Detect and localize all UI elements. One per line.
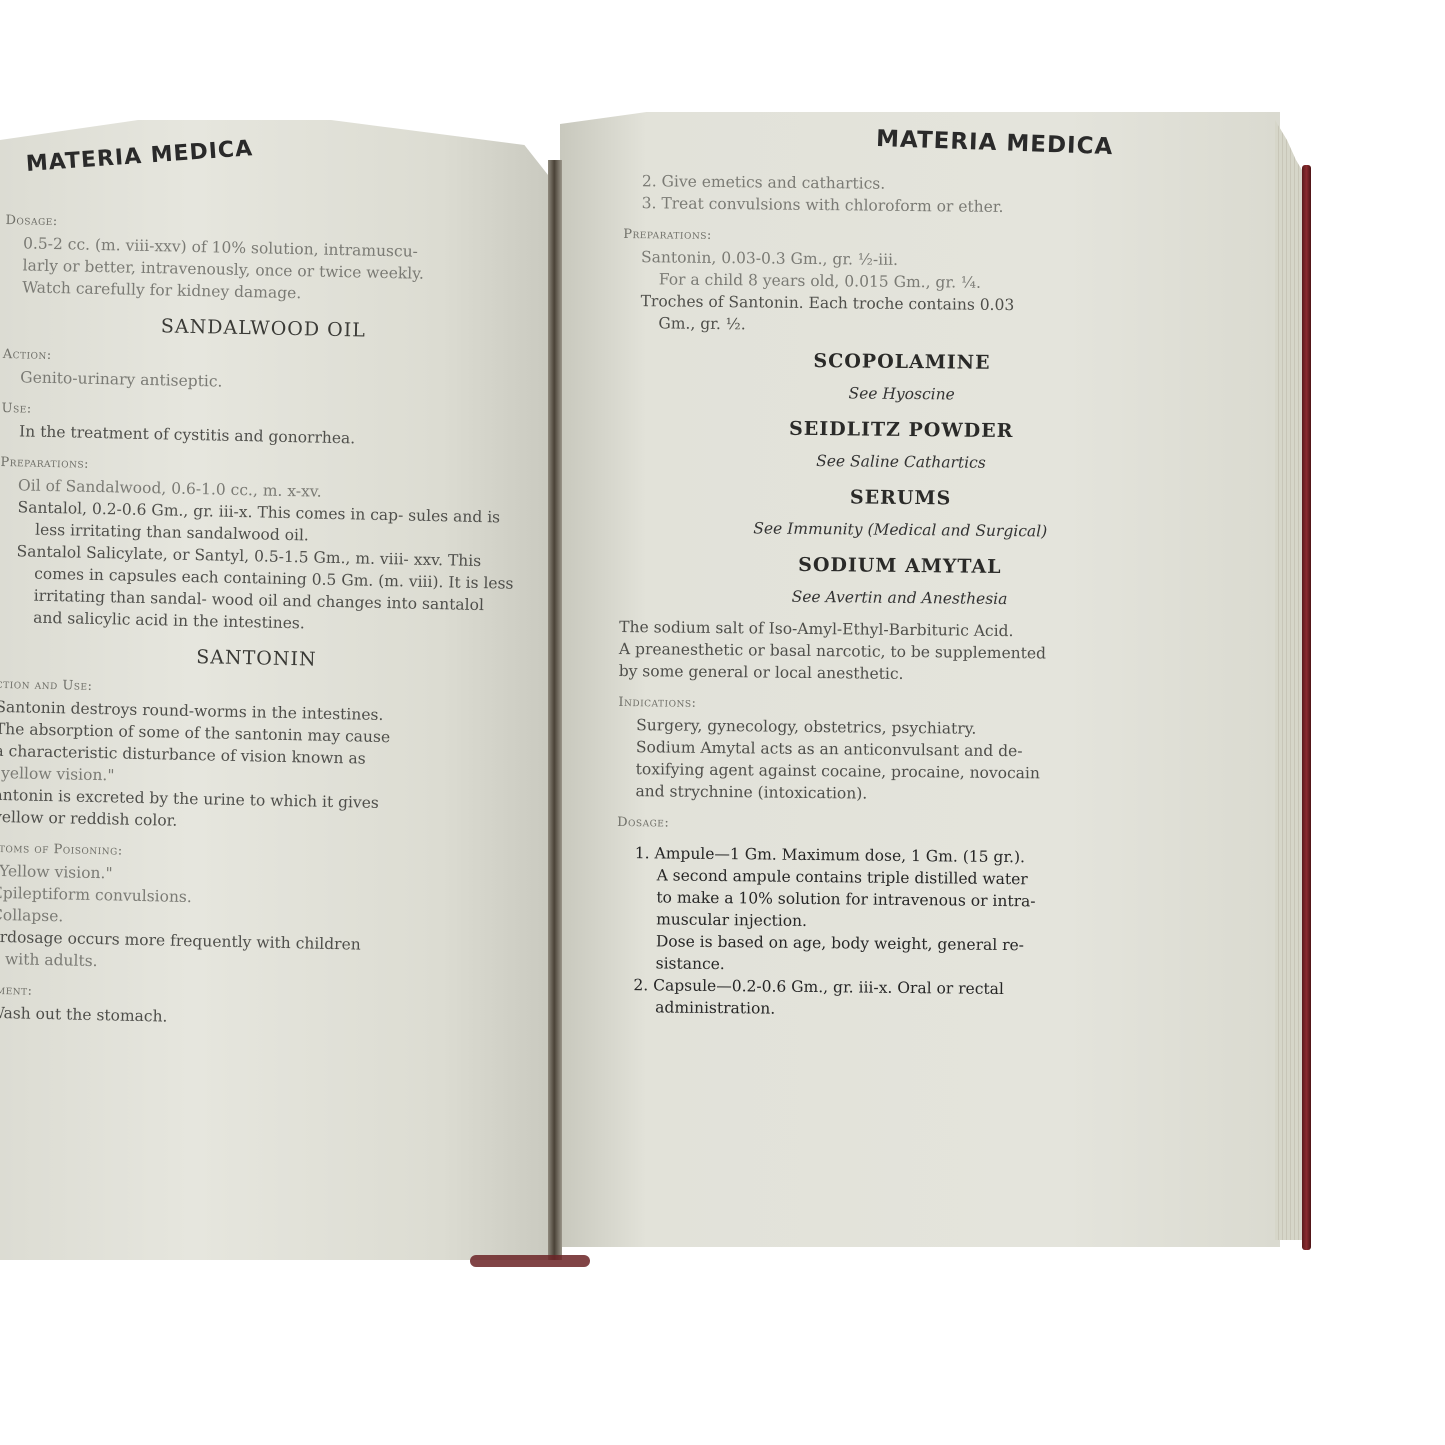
preparation-item: Santalol Salicylate, or Santyl, 0.5-1.5 … — [15, 540, 519, 638]
amytal-description: by some general or local anesthetic. — [619, 660, 1179, 688]
red-cover-bottom — [470, 1255, 590, 1267]
scopolamine-heading: SCOPOLAMINE — [622, 348, 1182, 376]
open-book: MATERIA MEDICA Dosage: 0.5-2 cc. (m. vii… — [0, 0, 1445, 1445]
seidlitz-see: See Saline Cathartics — [621, 448, 1181, 476]
page-edges — [1275, 120, 1305, 1240]
scopolamine-see: See Hyoscine — [622, 380, 1182, 408]
santonin-heading: SANTONIN — [0, 642, 517, 675]
red-cover-edge — [1302, 165, 1311, 1250]
seidlitz-heading: SEIDLITZ POWDER — [621, 416, 1181, 444]
right-page-text: 2. Give emetics and cathartics. 3. Treat… — [615, 170, 1184, 1024]
book-gutter — [548, 160, 562, 1260]
sandalwood-heading: SANDALWOOD OIL — [3, 312, 523, 345]
sodium-amytal-heading: SODIUM AMYTAL — [620, 552, 1180, 580]
indication-line: and strychnine (intoxication). — [635, 780, 1177, 808]
serums-see: See Immunity (Medical and Surgical) — [620, 516, 1180, 544]
serums-heading: SERUMS — [620, 484, 1180, 512]
sodium-amytal-see: See Avertin and Anesthesia — [619, 584, 1179, 612]
preparation-line: Gm., gr. ½. — [658, 312, 1182, 339]
treatment-step: 3. Treat convulsions with chloroform or … — [642, 192, 1184, 220]
left-page-text: Dosage: 0.5-2 cc. (m. viii-xxv) of 10% s… — [0, 200, 526, 1035]
